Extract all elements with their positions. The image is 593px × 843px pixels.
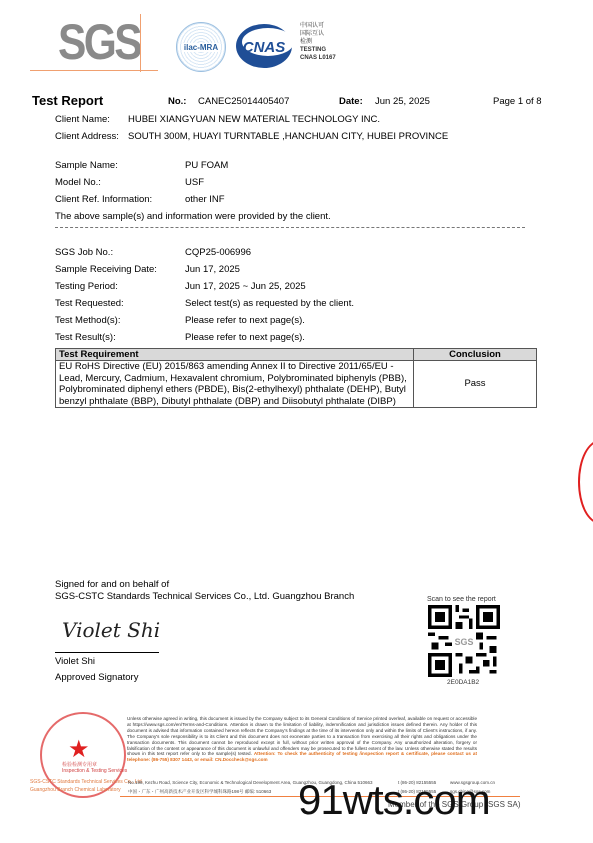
receiving-date-label: Sample Receiving Date: — [55, 264, 157, 275]
requirement-cell: EU RoHS Directive (EU) 2015/863 amending… — [56, 361, 414, 408]
report-number: CANEC25014405407 — [198, 96, 289, 107]
logo-divider-horizontal — [30, 70, 158, 71]
report-date-label: Date: — [339, 96, 363, 107]
client-address: SOUTH 300M, HUAYI TURNTABLE ,HANCHUAN CI… — [128, 131, 448, 142]
qr-code-icon[interactable]: SGS — [428, 605, 500, 677]
receiving-date: Jun 17, 2025 — [185, 264, 240, 275]
sample-note: The above sample(s) and information were… — [55, 211, 331, 222]
seal-text-en: Inspection & Testing Services — [62, 768, 127, 774]
cnas-accreditation-text: 中国认可 国际互认 检测 TESTING CNAS L0167 — [300, 22, 336, 62]
client-address-label: Client Address: — [55, 131, 119, 142]
watermark: 91wts.com — [298, 776, 490, 824]
client-ref: other INF — [185, 194, 225, 205]
model-no-label: Model No.: — [55, 177, 101, 188]
section-divider — [55, 227, 525, 228]
cnas-cn-line: 检测 — [300, 38, 336, 46]
signature-line — [55, 652, 159, 653]
job-no-label: SGS Job No.: — [55, 247, 113, 258]
report-title: Test Report — [32, 93, 103, 108]
qr-caption: Scan to see the report — [427, 596, 496, 603]
qr-center-label: SGS — [455, 637, 474, 647]
cnas-number: CNAS L0167 — [300, 55, 336, 61]
test-requirement-table: Test Requirement Conclusion EU RoHS Dire… — [55, 348, 537, 408]
table-row: EU RoHS Directive (EU) 2015/863 amending… — [56, 361, 537, 408]
test-method: Please refer to next page(s). — [185, 315, 305, 326]
signed-on-behalf: Signed for and on behalf of — [55, 579, 169, 590]
report-date: Jun 25, 2025 — [375, 96, 430, 107]
cnas-testing: TESTING — [300, 47, 326, 53]
footer-company-line: Guangzhou Branch Chemical Laboratory — [30, 786, 143, 794]
terms-fine-print: Unless otherwise agreed in writing, this… — [127, 716, 477, 763]
conclusion-cell: Pass — [414, 361, 537, 408]
cnas-label: CNAS — [243, 39, 286, 56]
logo-divider-vertical — [140, 14, 141, 72]
model-no: USF — [185, 177, 204, 188]
ilac-mra-logo: ilac-MRA — [176, 22, 226, 72]
footer-company-line: SGS-CSTC Standards Technical Services Co… — [30, 778, 143, 786]
table-header-row: Test Requirement Conclusion — [56, 349, 537, 361]
seal-star-icon: ★ — [68, 735, 90, 764]
test-result-label: Test Result(s): — [55, 332, 116, 343]
signatory-name: Violet Shi — [55, 656, 95, 667]
cnas-logo: CNAS — [234, 22, 294, 70]
cnas-cn-line: 中国认可 — [300, 22, 336, 30]
test-requested: Select test(s) as requested by the clien… — [185, 298, 354, 309]
seal-text: 检验检测专用章 Inspection & Testing Services — [62, 761, 127, 774]
sample-name-label: Sample Name: — [55, 160, 118, 171]
terms-text: Unless otherwise agreed in writing, this… — [127, 716, 477, 756]
page-indicator: Page 1 of 8 — [493, 96, 542, 107]
qr-verification-code: 2E0DA1B2 — [447, 679, 479, 686]
client-name-label: Client Name: — [55, 114, 110, 125]
column-header-requirement: Test Requirement — [56, 349, 414, 361]
job-no: CQP25-006996 — [185, 247, 251, 258]
sgs-logo: SGS — [58, 14, 140, 70]
sample-name: PU FOAM — [185, 160, 228, 171]
test-result: Please refer to next page(s). — [185, 332, 305, 343]
column-header-conclusion: Conclusion — [414, 349, 537, 361]
page-edge-seal — [578, 440, 593, 524]
handwritten-signature: Violet Shi — [62, 618, 160, 642]
test-requested-label: Test Requested: — [55, 298, 124, 309]
signatory-role: Approved Signatory — [55, 672, 138, 683]
signing-company: SGS-CSTC Standards Technical Services Co… — [55, 591, 354, 602]
footer-company: SGS-CSTC Standards Technical Services Co… — [30, 778, 143, 794]
report-number-label: No.: — [168, 96, 186, 107]
client-ref-label: Client Ref. Information: — [55, 194, 152, 205]
test-method-label: Test Method(s): — [55, 315, 120, 326]
ilac-mra-label: ilac-MRA — [183, 43, 219, 52]
cnas-cn-line: 国际互认 — [300, 30, 336, 38]
testing-period: Jun 17, 2025 ~ Jun 25, 2025 — [185, 281, 306, 292]
testing-period-label: Testing Period: — [55, 281, 118, 292]
seal-text-cn: 检验检测专用章 — [62, 761, 127, 768]
client-name: HUBEI XIANGYUAN NEW MATERIAL TECHNOLOGY … — [128, 114, 380, 125]
